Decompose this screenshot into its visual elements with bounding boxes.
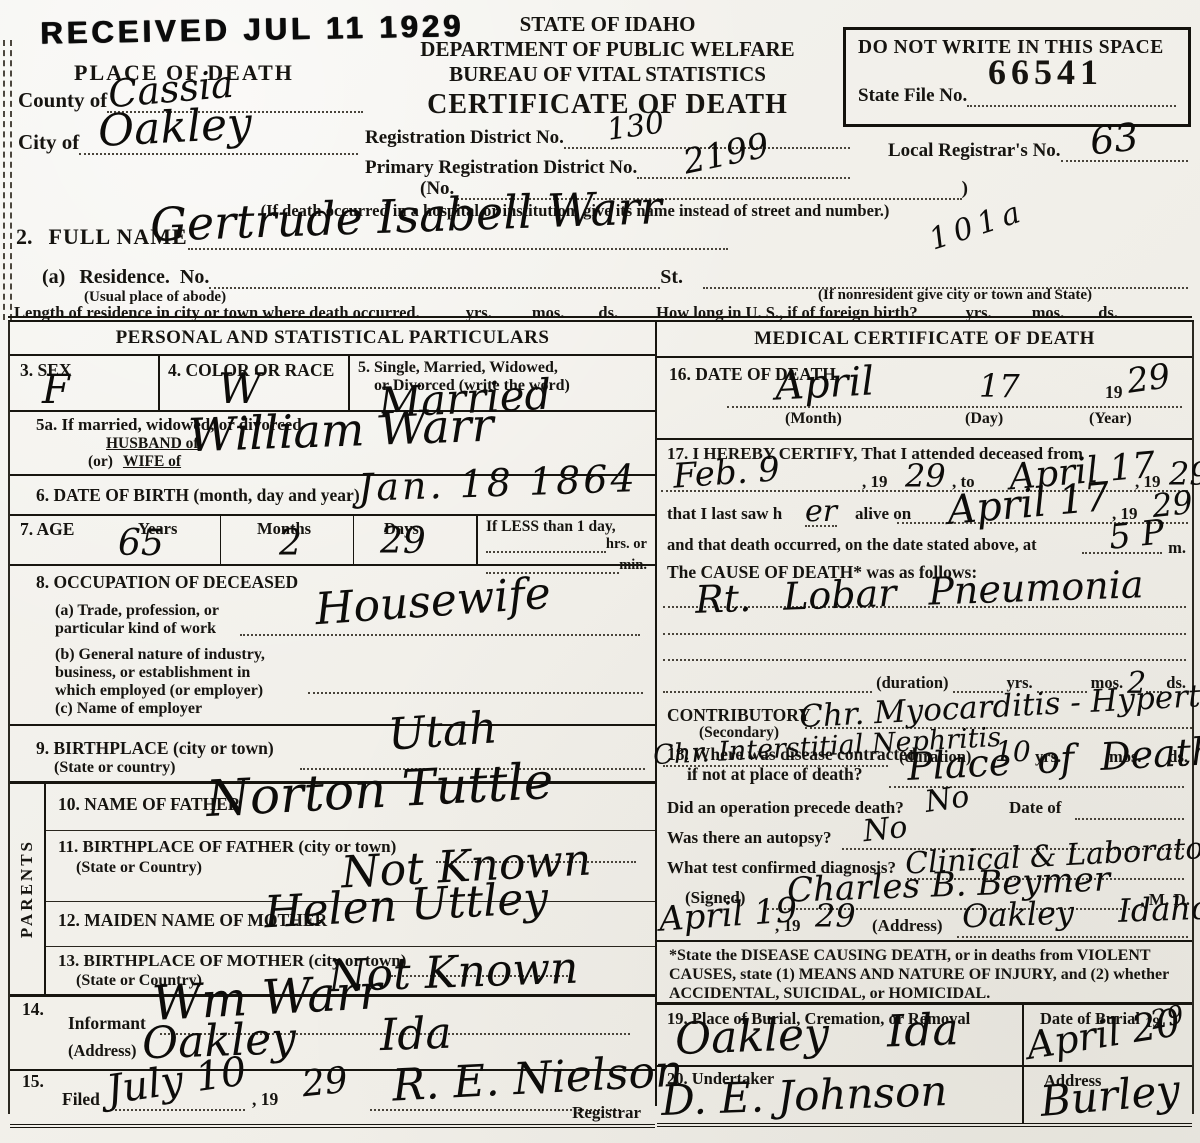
undertaker-field: 20. Undertaker D. E. Johnson (657, 1067, 1024, 1123)
informant-label: Informant (68, 1013, 146, 1034)
date-of-operation-dots (1075, 816, 1184, 820)
local-registrar-label: Local Registrar's No. (888, 140, 1061, 162)
less-than-day-label: If LESS than 1 day, (486, 518, 647, 536)
occupation-a-value: Housewife (314, 574, 552, 630)
medical-column-title: MEDICAL CERTIFICATE OF DEATH (657, 322, 1192, 358)
personal-column-title: PERSONAL AND STATISTICAL PARTICULARS (10, 322, 655, 356)
operation-value: No (923, 783, 971, 816)
hrs-dots (486, 549, 606, 553)
filed-year-printed: , 19 (252, 1089, 278, 1110)
attended-line: Feb. 9 , 19 29 , to April 17 , 19 29 (657, 464, 1192, 496)
death-time-value: 5 P (1108, 517, 1166, 553)
date-of-birth-row: 6. DATE OF BIRTH (month, day and year) J… (10, 476, 655, 516)
occupation-b-label-line3: which employed (or employer) (55, 682, 265, 700)
race-value: W (218, 370, 261, 408)
cause-blank-line-1 (657, 613, 1192, 639)
last-saw-pre-label: that I last saw h (667, 504, 782, 524)
state-file-line: State File No. 66541 (858, 85, 1176, 107)
personal-column: PERSONAL AND STATISTICAL PARTICULARS 3. … (10, 322, 657, 1106)
birthplace-value: Utah (387, 708, 499, 755)
burial-date-field: Date of Burial April 20 19 29 (1024, 1005, 1192, 1065)
mother-name-row: 12. MAIDEN NAME OF MOTHER Helen Uttley (46, 902, 655, 947)
last-saw-post-label: alive on (855, 504, 911, 524)
undertaker-value: D. E. Johnson (660, 1072, 948, 1120)
primary-district-line: Primary Registration District No. 2199 (365, 157, 850, 179)
attended-from-value: Feb. 9 (672, 454, 781, 492)
attended-from-year: 29 (905, 462, 946, 491)
birthplace-label: 9. BIRTHPLACE (city or town) (36, 738, 274, 759)
local-registrar-value: 63 (1088, 120, 1140, 159)
sex-label: 3. SEX (10, 356, 158, 381)
occupation-a-label-line1: (a) Trade, profession, or (55, 602, 219, 620)
wife-of-label: WIFE of (123, 453, 181, 470)
occupation-a-label-line2: particular kind of work (55, 620, 219, 638)
undertaker-address-value: Burley (1039, 1071, 1182, 1121)
undertaker-address-field: Address Burley (1024, 1067, 1192, 1123)
birthplace-sub-label: (State or country) (54, 759, 175, 777)
state-title: STATE OF IDAHO (365, 12, 850, 37)
residence-st-label: St. (660, 266, 683, 289)
nonresident-note: (If nonresident give city or town and St… (818, 287, 1092, 304)
columns-area: PERSONAL AND STATISTICAL PARTICULARS 3. … (8, 320, 1194, 1114)
cause-blank-dots-1 (663, 631, 1186, 635)
death-occurred-label: and that death occurred, on the date sta… (667, 535, 1037, 555)
day-sub-label: (Day) (965, 410, 1003, 428)
residence-line: (a) Residence. No. St. (42, 266, 1188, 289)
age-row: 7. AGE Years 65 Months 2 Days 29 If LESS… (10, 516, 655, 566)
occupation-c-label: (c) Name of employer (55, 700, 202, 718)
death-occurred-line: and that death occurred, on the date sta… (657, 528, 1192, 558)
husband-of-label: HUSBAND of (106, 435, 199, 452)
state-file-dots (967, 103, 1176, 107)
residence-no-label: No. (180, 266, 209, 289)
registration-district-value: 130 (605, 109, 665, 144)
occupation-b-dots (308, 690, 643, 694)
age-days-value: 29 (380, 526, 426, 558)
age-months-field: Months 2 (221, 516, 354, 564)
age-label: 7. AGE (20, 519, 74, 540)
occupation-row: 8. OCCUPATION OF DECEASED (a) Trade, pro… (10, 566, 655, 726)
age-days-field: Days 29 (354, 516, 478, 564)
age-less-than-day-field: If LESS than 1 day, hrs. or min. (478, 516, 655, 564)
cause-line: Rt. Lobar Pneumonia (657, 583, 1192, 613)
spouse-value: William Warr (187, 405, 494, 457)
race-field: 4. COLOR OR RACE W (160, 356, 350, 410)
parents-rail: PARENTS (10, 784, 46, 994)
footnote-text: *State the DISEASE CAUSING DEATH, or in … (657, 942, 1192, 1004)
disease-contracted-block: 18. Where was disease contracted if not … (657, 740, 1192, 942)
signed-address-label: (Address) (872, 916, 943, 936)
signed-date-value: April 19 (658, 895, 798, 935)
death-year-value: 29 (1125, 361, 1172, 397)
left-margin-rule-inner (10, 40, 12, 320)
father-name-row: 10. NAME OF FATHER Norton Tuttle (46, 784, 655, 831)
registration-district-label: Registration District No. (365, 127, 564, 149)
burial-year-value: 29 (1149, 1004, 1186, 1034)
cause-value: Rt. Lobar Pneumonia (695, 567, 1144, 617)
local-registrar-line: Local Registrar's No. (888, 140, 1188, 162)
header-separator-thin (8, 316, 1192, 318)
certify-block: 17. I HEREBY CERTIFY, That I attended de… (657, 440, 1192, 740)
full-name-number: 2. (16, 224, 33, 250)
agency-header: STATE OF IDAHO DEPARTMENT OF PUBLIC WELF… (365, 12, 850, 179)
autopsy-label: Was there an autopsy? (667, 828, 832, 848)
residence-a-label: (a) (42, 266, 65, 289)
residence-no-dots (209, 285, 660, 289)
no-close-label: ) (962, 178, 968, 200)
attended-from-year-printed: , 19 (862, 472, 888, 492)
last-saw-er-value: er (805, 498, 837, 527)
wife-or-label: (or) (88, 453, 113, 470)
age-years-field: 7. AGE Years 65 (10, 516, 221, 564)
registrar-signature: R. E. Nielson (391, 1051, 684, 1106)
cause-blank-dots-2 (663, 657, 1186, 661)
age-months-value: 2 (279, 528, 302, 560)
residence-label: Residence. (79, 266, 170, 289)
signed-year-value: 29 (815, 902, 856, 931)
autopsy-value: No (862, 814, 909, 845)
death-certificate-document: RECEIVED JUL 11 1929 PLACE OF DEATH Coun… (0, 0, 1200, 1143)
burial-row: 19. Place of Burial, Cremation, or Remov… (657, 1005, 1192, 1067)
filed-number: 15. (22, 1071, 44, 1092)
death-time-m-label: m. (1168, 538, 1186, 558)
filed-year-value: 29 (300, 1065, 349, 1102)
last-saw-value: April 17 (946, 479, 1111, 529)
county-label: County of (18, 88, 107, 113)
state-file-value: 66541 (988, 51, 1103, 93)
primary-district-label: Primary Registration District No. (365, 157, 637, 179)
mother-name-value: Helen Uttley (263, 879, 549, 933)
signed-address-dots (957, 934, 1188, 938)
informant-number: 14. (22, 999, 44, 1020)
registration-district-line: Registration District No. 130 (365, 127, 850, 149)
signed-address-value: Oakley Idaho (962, 894, 1200, 931)
left-margin-rule (3, 40, 5, 320)
father-name-value: Norton Tuttle (205, 759, 554, 822)
occupation-b-label-line2: business, or establishment in (55, 664, 265, 682)
hrs-label: hrs. or (606, 536, 647, 553)
death-day-value: 17 (979, 372, 1020, 401)
death-year-printed: 19 (1105, 382, 1123, 403)
burial-place-value: Oakley Ida (674, 1010, 959, 1059)
date-of-birth-value: Jan. 18 1864 (357, 461, 638, 505)
registrar-label: Registrar (572, 1103, 641, 1123)
death-month-value: April (774, 363, 875, 404)
parents-block: PARENTS 10. NAME OF FATHER Norton Tuttle… (10, 784, 655, 997)
cause-blank-line-2 (657, 639, 1192, 665)
duration1-label: (duration) (876, 673, 948, 693)
date-of-operation-label: Date of (1009, 798, 1061, 818)
filed-row: 15. Filed , 19 July 10 29 R. E. Nielson … (10, 1071, 655, 1128)
month-sub-label: (Month) (785, 410, 842, 428)
date-of-death-row: 16. DATE OF DEATH April 17 19 29 (Month)… (657, 358, 1192, 440)
bureau-title: BUREAU OF VITAL STATISTICS (365, 62, 850, 87)
informant-address-label: (Address) (68, 1041, 136, 1061)
age-years-value: 65 (118, 528, 164, 560)
city-value: Oakley (97, 104, 253, 152)
occupation-b-label-line1: (b) General nature of industry, (55, 646, 265, 664)
filed-label: Filed (62, 1089, 100, 1110)
parents-label: PARENTS (17, 839, 37, 938)
do-not-write-box: DO NOT WRITE IN THIS SPACE State File No… (843, 27, 1191, 127)
department-title: DEPARTMENT OF PUBLIC WELFARE (365, 37, 850, 62)
undertaker-row: 20. Undertaker D. E. Johnson Address Bur… (657, 1067, 1192, 1127)
occupation-a-dots (240, 632, 640, 636)
medical-column: MEDICAL CERTIFICATE OF DEATH 16. DATE OF… (657, 322, 1194, 1114)
sex-field: 3. SEX F (10, 356, 160, 410)
footnote-row: *State the DISEASE CAUSING DEATH, or in … (657, 942, 1192, 1005)
burial-place-field: 19. Place of Burial, Cremation, or Remov… (657, 1005, 1024, 1065)
year-sub-label: (Year) (1089, 410, 1132, 428)
city-label: City of (18, 130, 79, 155)
sex-value: F (42, 372, 70, 408)
date-of-birth-label: 6. DATE OF BIRTH (month, day and year) (10, 476, 360, 506)
contributory-label: CONTRIBUTORY (667, 705, 811, 726)
state-file-label: State File No. (858, 85, 967, 107)
